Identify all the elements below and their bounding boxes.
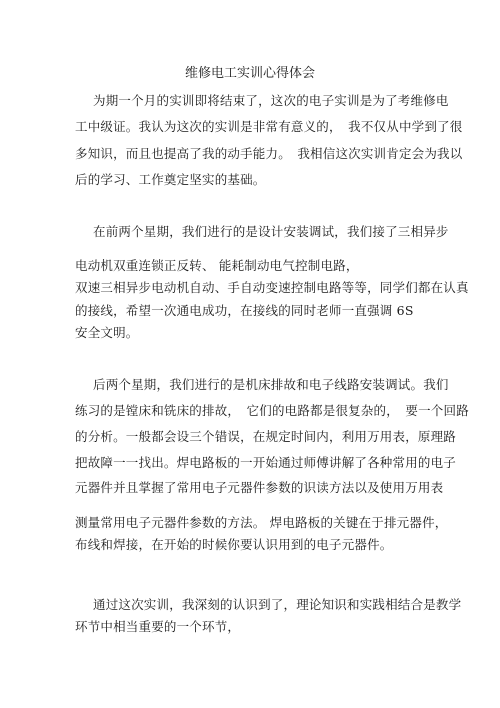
paragraph-2-line-2: 电动机双重连锁正反转、 能耗制动电气控制电路， xyxy=(75,258,359,274)
paragraph-1-line-2: 工中级证。我认为这次的实训是非常有意义的， 我不仅从中学到了很 xyxy=(75,119,462,135)
paragraph-3-line-7: 布线和焊接，在开始的时候你要认识用到的电子元器件。 xyxy=(75,537,393,553)
paragraph-2-line-1: 在前两个星期，我们进行的是设计安装调试，我们接了三相异步 xyxy=(93,224,449,240)
paragraph-3-line-1: 后两个星期，我们进行的是机床排故和电子线路安装调试。我们 xyxy=(93,377,449,393)
paragraph-3-line-6: 测量常用电子元器件参数的方法。 焊电路板的关键在于排元器件， xyxy=(75,515,447,531)
paragraph-3-line-5: 元器件并且掌握了常用电子元器件参数的识读方法以及使用万用表 xyxy=(75,480,443,496)
paragraph-1-line-1: 为期一个月的实训即将结束了，这次的电子实训是为了考维修电 xyxy=(93,93,449,109)
paragraph-4-line-2: 环节中相当重要的一个环节， xyxy=(75,619,240,635)
paragraph-4-line-1: 通过这次实训，我深刻的认识到了，理论知识和实践相结合是教学 xyxy=(93,597,461,613)
document-title: 维修电工实训心得体会 xyxy=(0,66,500,82)
paragraph-3-line-3: 的分析。一般都会设三个错误，在规定时间内，利用万用表，原理路 xyxy=(75,429,456,445)
paragraph-2-line-4: 的接线，希望一次通电成功，在接线的同时老师一直强调 6S xyxy=(75,303,414,319)
document-page: 维修电工实训心得体会 为期一个月的实训即将结束了，这次的电子实训是为了考维修电 … xyxy=(0,0,500,708)
paragraph-2-line-3: 双速三相异步电动机自动、手自动变速控制电路等等，同学们都在认真 xyxy=(75,280,469,296)
paragraph-1-line-3: 多知识，而且也提高了我的动手能力。 我相信这次实训肯定会为我以 xyxy=(75,146,462,162)
paragraph-1-line-4: 后的学习、工作奠定坚实的基础。 xyxy=(75,172,266,188)
paragraph-3-line-4: 把故障一一找出。焊电路板的一开始通过师傅讲解了各种常用的电子 xyxy=(75,455,456,471)
paragraph-2-line-5: 安全文明。 xyxy=(75,325,139,341)
paragraph-3-line-2: 练习的是镗床和铣床的排故， 它们的电路都是很复杂的， 要一个回路 xyxy=(75,403,469,419)
